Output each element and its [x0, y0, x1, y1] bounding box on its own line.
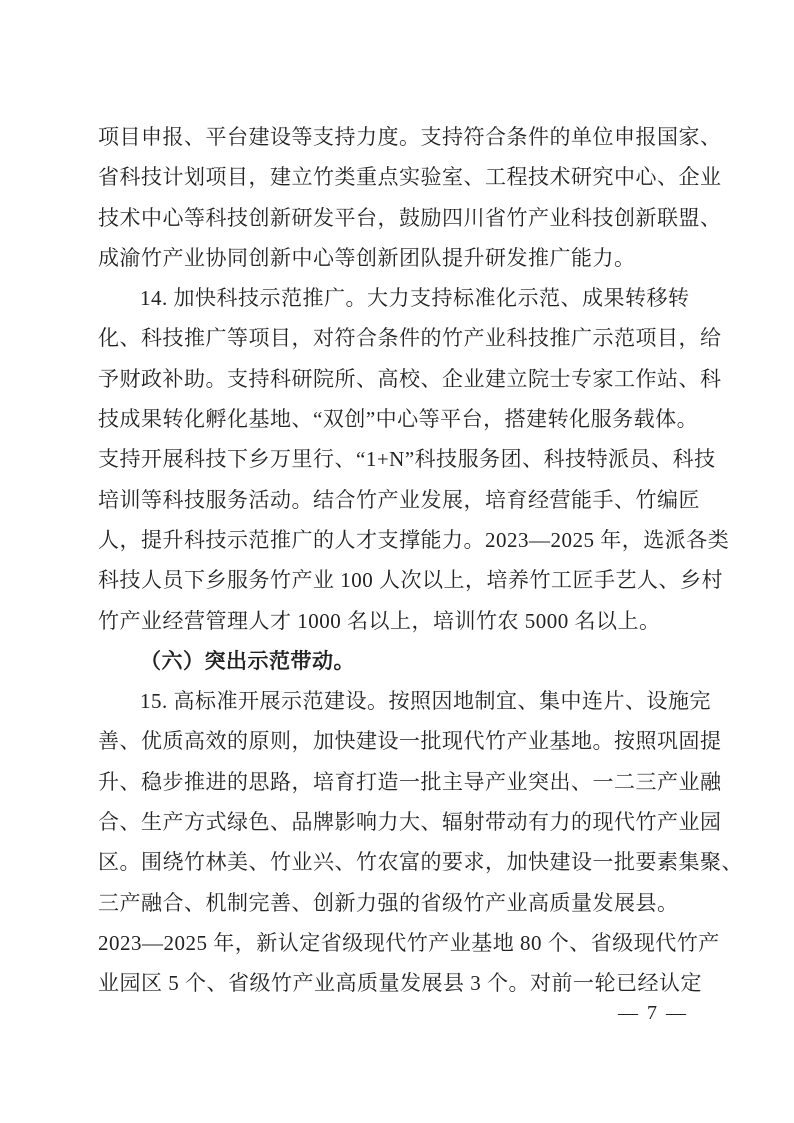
text-line: 善、优质高效的原则，加快建设一批现代竹产业基地。按照巩固提	[98, 721, 704, 761]
text-line: 培训等科技服务活动。结合竹产业发展，培育经营能手、竹编匠	[98, 480, 704, 520]
text-line: 2023—2025 年，新认定省级现代竹产业基地 80 个、省级现代竹产	[98, 923, 704, 963]
text-line: 业园区 5 个、省级竹产业高质量发展县 3 个。对前一轮已经认定	[98, 963, 704, 1003]
text-line: 升、稳步推进的思路，培育打造一批主导产业突出、一二三产业融	[98, 762, 704, 802]
text-line: 区。围绕竹林美、竹业兴、竹农富的要求，加快建设一批要素集聚、	[98, 842, 704, 882]
item-14-start-line: 14. 加快科技示范推广。大力支持标准化示范、成果转移转	[98, 278, 704, 318]
text-line: 成渝竹产业协同创新中心等创新团队提升研发推广能力。	[98, 238, 704, 278]
document-body: 项目申报、平台建设等支持力度。支持符合条件的单位申报国家、 省科技计划项目，建立…	[98, 117, 704, 1004]
text-line: 科技人员下乡服务竹产业 100 人次以上，培养竹工匠手艺人、乡村	[98, 560, 704, 600]
text-line: 合、生产方式绿色、品牌影响力大、辐射带动有力的现代竹产业园	[98, 802, 704, 842]
text-line: 支持开展科技下乡万里行、“1+N”科技服务团、科技特派员、科技	[98, 439, 704, 479]
text-line: 三产融合、机制完善、创新力强的省级竹产业高质量发展县。	[98, 883, 704, 923]
document-page: 项目申报、平台建设等支持力度。支持符合条件的单位申报国家、 省科技计划项目，建立…	[0, 0, 794, 1123]
text-line: 予财政补助。支持科研院所、高校、企业建立院士专家工作站、科	[98, 359, 704, 399]
text-line: 项目申报、平台建设等支持力度。支持符合条件的单位申报国家、	[98, 117, 704, 157]
text-line: 人，提升科技示范推广的人才支撑能力。2023—2025 年，选派各类	[98, 520, 704, 560]
text-line: 技术中心等科技创新研发平台，鼓励四川省竹产业科技创新联盟、	[98, 198, 704, 238]
item-15-start-line: 15. 高标准开展示范建设。按照因地制宜、集中连片、设施完	[98, 681, 704, 721]
text-line: 竹产业经营管理人才 1000 名以上，培训竹农 5000 名以上。	[98, 601, 704, 641]
text-line: 省科技计划项目，建立竹类重点实验室、工程技术研究中心、企业	[98, 157, 704, 197]
section-heading: （六）突出示范带动。	[98, 641, 704, 681]
text-line: 技成果转化孵化基地、“双创”中心等平台，搭建转化服务载体。	[98, 399, 704, 439]
page-number: — 7 —	[618, 1002, 688, 1025]
text-line: 化、科技推广等项目，对符合条件的竹产业科技推广示范项目，给	[98, 318, 704, 358]
